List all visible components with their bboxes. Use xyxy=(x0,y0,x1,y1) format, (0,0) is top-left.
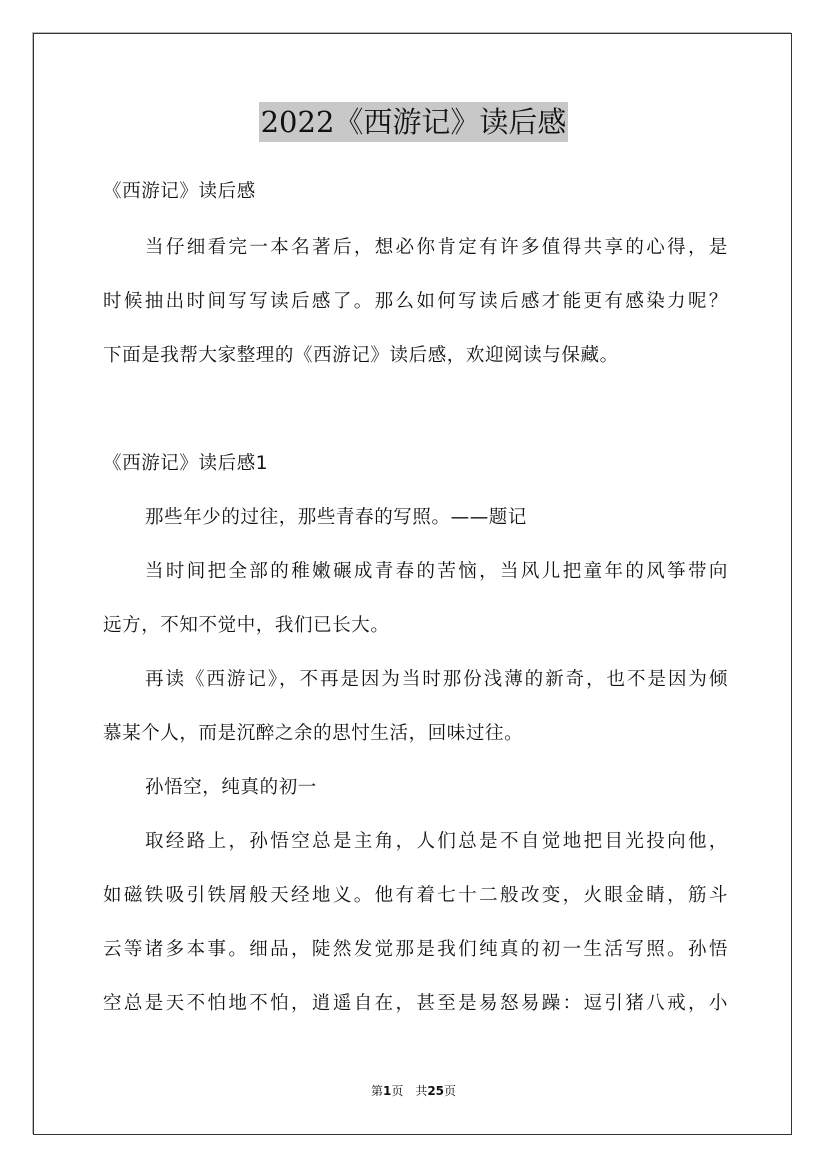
text-line: 再读《西游记》，不再是因为当时那份浅薄的新奇，也不是因为倾 xyxy=(145,668,728,692)
text-line: 那些年少的过往，那些青春的写照。——题记 xyxy=(145,506,527,530)
title-container: 2022《西游记》读后感 xyxy=(0,102,827,142)
text-line: 当时间把全部的稚嫩碾成青春的苦恼，当风儿把童年的风筝带向 xyxy=(145,560,728,584)
text-line: 如磁铁吸引铁屑般天经地义。他有着七十二般改变，火眼金睛，筋斗 xyxy=(103,884,728,908)
text-line: 云等诸多本事。细品，陡然发觉那是我们纯真的初一生活写照。孙悟 xyxy=(103,938,728,962)
text-line: 孙悟空，纯真的初一 xyxy=(145,776,317,800)
text-line: 取经路上，孙悟空总是主角，人们总是不自觉地把目光投向他， xyxy=(145,830,728,854)
text-line: 慕某个人，而是沉醉之余的思忖生活，回味过往。 xyxy=(103,722,523,746)
text-line: 《西游记》读后感 xyxy=(103,180,256,204)
document-title: 2022《西游记》读后感 xyxy=(259,102,569,142)
text-line: 下面是我帮大家整理的《西游记》读后感，欢迎阅读与保藏。 xyxy=(103,344,619,368)
footer-page-total: 25 xyxy=(427,1084,444,1098)
page-footer: 第1页 共25页 xyxy=(0,1082,827,1099)
text-line: 《西游记》读后感1 xyxy=(103,452,268,476)
text-line: 当仔细看完一本名著后，想必你肯定有许多值得共享的心得，是 xyxy=(145,236,728,260)
text-line: 空总是天不怕地不怕，逍遥自在，甚至是易怒易躁：逗引猪八戒，小 xyxy=(103,992,728,1016)
footer-page-suffix: 页 xyxy=(444,1084,456,1098)
footer-page-mid: 页 共 xyxy=(391,1084,427,1098)
text-line: 远方，不知不觉中，我们已长大。 xyxy=(103,614,390,638)
text-line: 时候抽出时间写写读后感了。那么如何写读后感才能更有感染力呢？ xyxy=(103,290,728,314)
footer-page-prefix: 第 xyxy=(371,1084,383,1098)
